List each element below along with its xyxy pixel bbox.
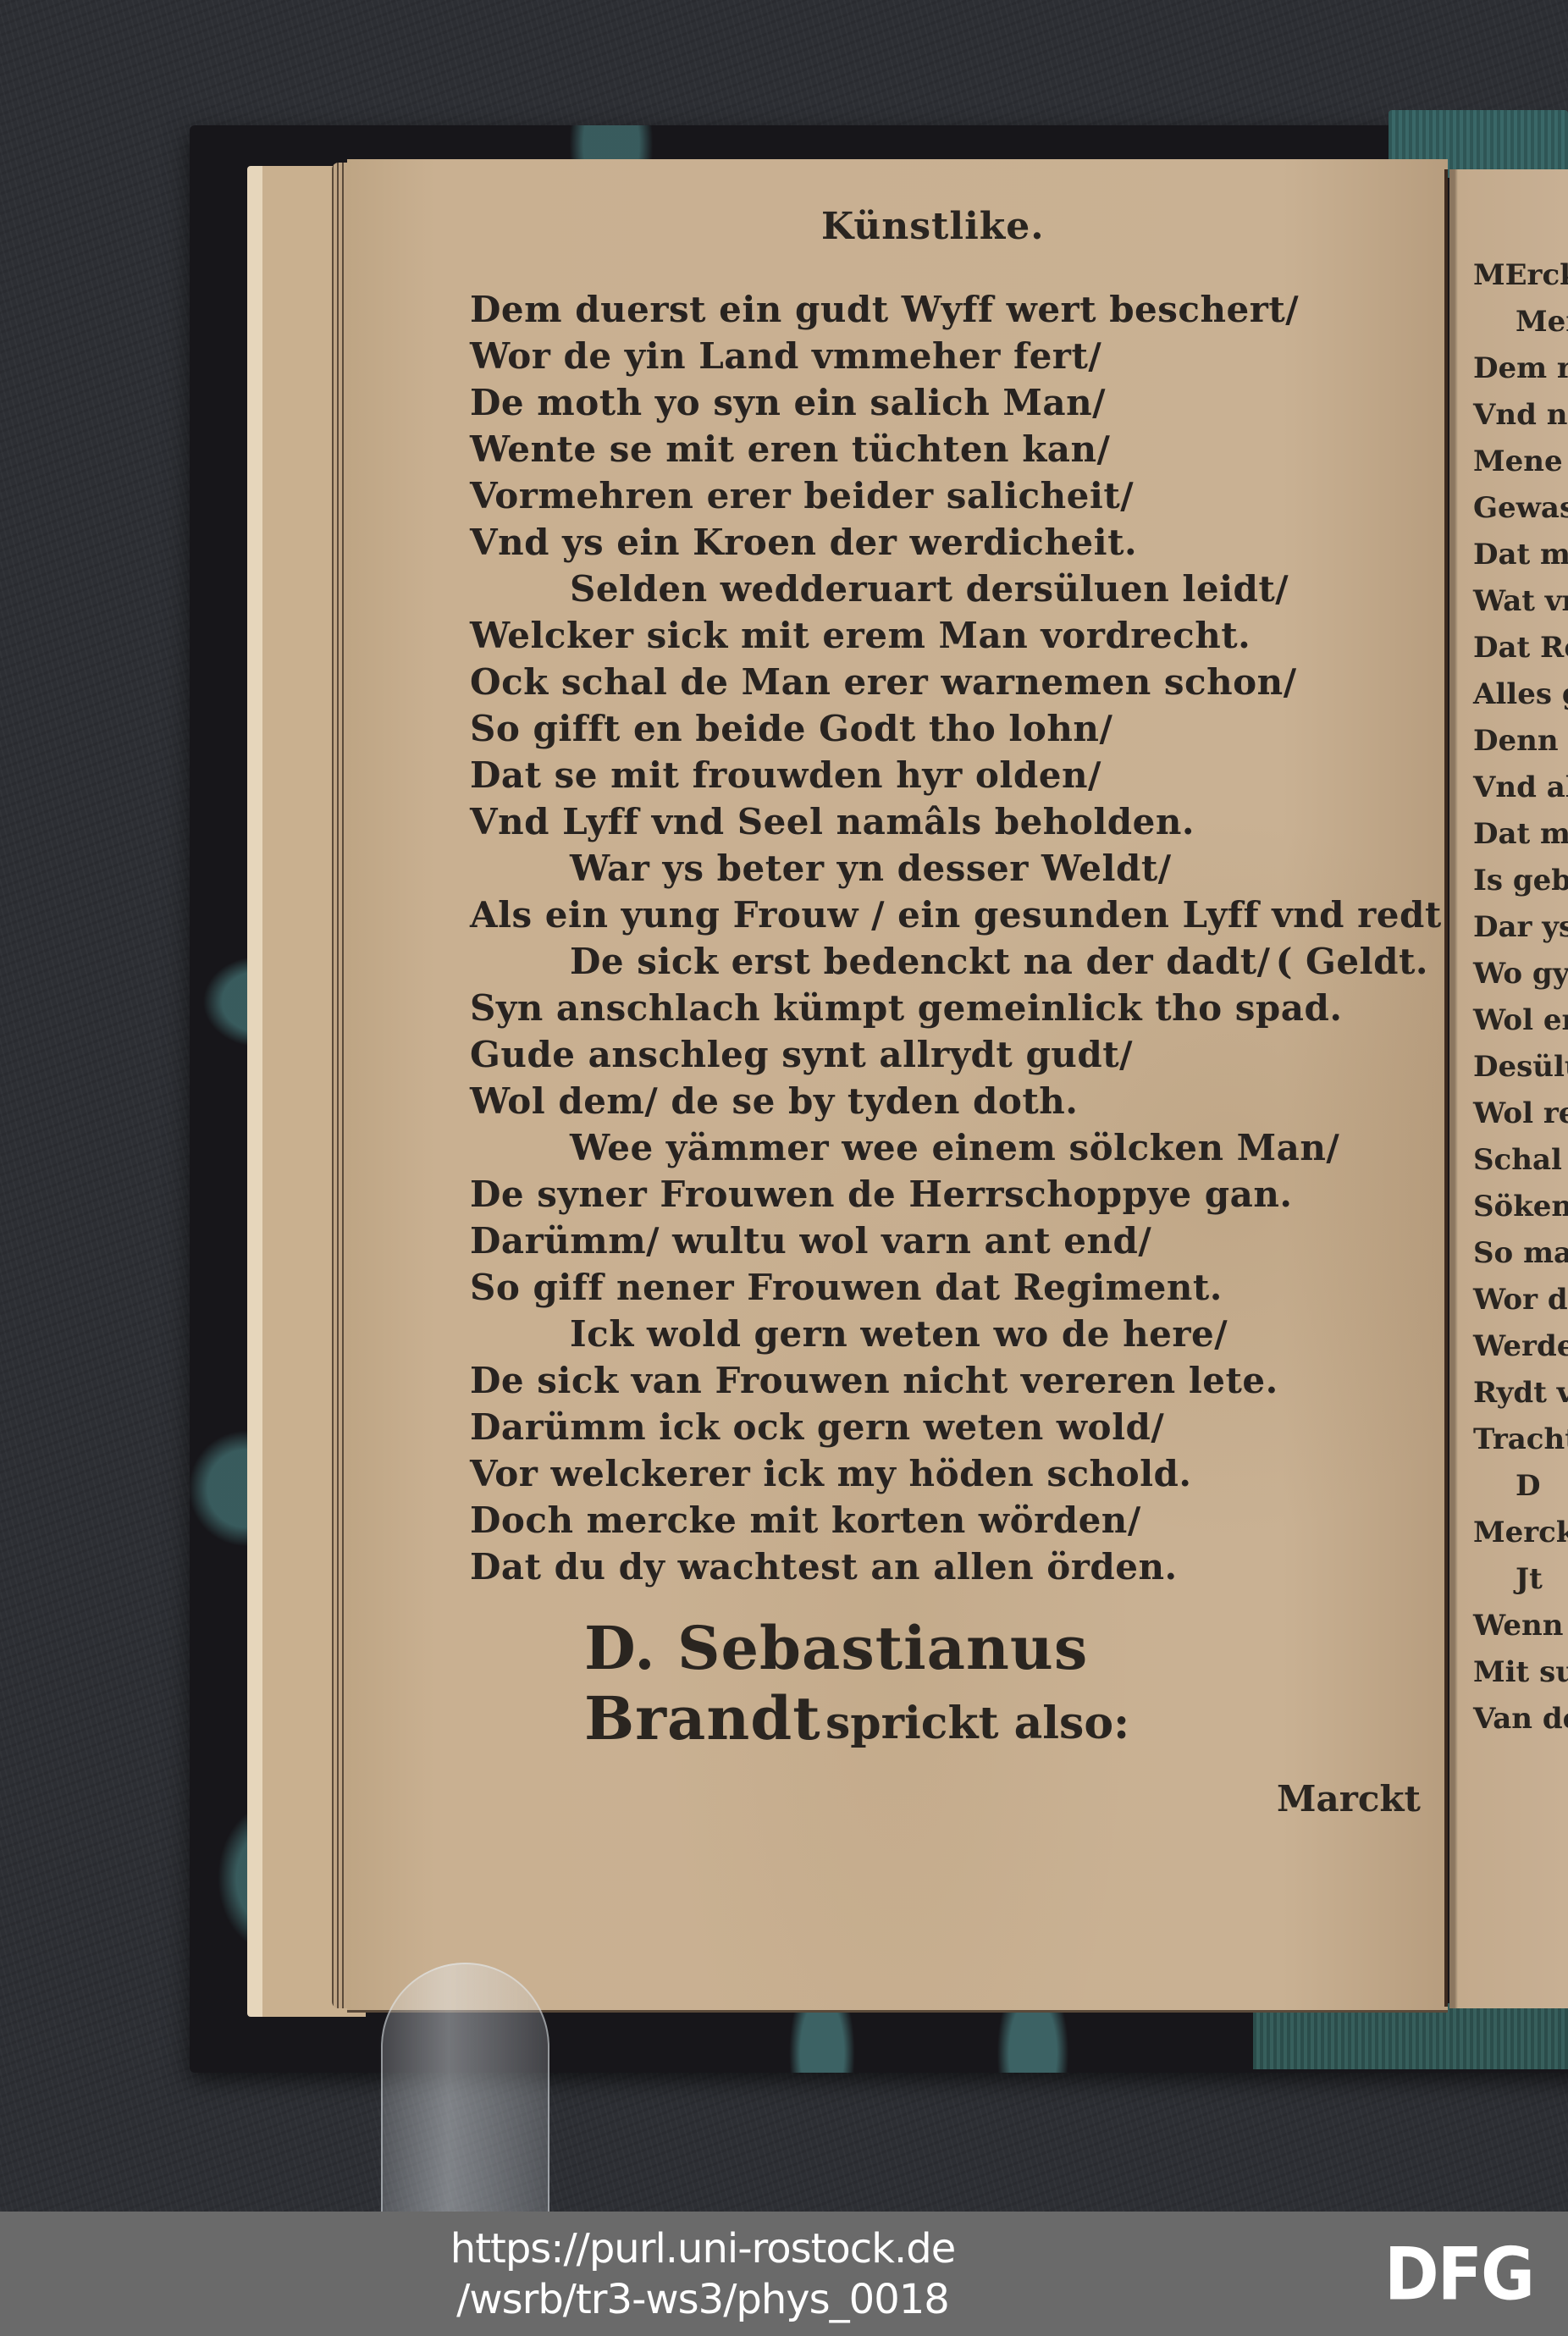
verse-line-text: Wol dem/ de se by tyden doth. [470,1080,1078,1122]
permalink-url-line2[interactable]: /wsrb/tr3-ws3/phys_0018 [415,2274,991,2325]
facing-page-line: So mach [1473,1230,1568,1277]
verse-line: Darümm ick ock gern weten wold/ [470,1404,1435,1450]
facing-page-line: Mene gy/ [1473,439,1568,485]
verse-line-text: Ick wold gern weten wo de here/ [570,1313,1228,1355]
facing-page-line: Söken rä [1473,1184,1568,1230]
facing-page-line: Werder [1473,1323,1568,1370]
verse-line: Welcker sick mit erem Man vordrecht. [470,612,1435,659]
verse-line: Ock schal de Man erer warnemen schon/ [470,659,1435,705]
footer-bar: https://purl.uni-rostock.de /wsrb/tr3-ws… [0,2212,1568,2336]
facing-page-line: Dem rechte [1473,345,1568,392]
verse-line-text: Darümm ick ock gern weten wold/ [470,1406,1164,1448]
verse-line: Gude anschleg synt allrydt gudt/ [470,1031,1435,1078]
verse-line: Vnd Lyff vnd Seel namâls beholden. [470,798,1435,845]
facing-page-line: Wat vnse [1473,578,1568,625]
verse-text-block: Dem duerst ein gudt Wyff wert beschert/W… [470,286,1435,1590]
facing-page-line: Mit sun [1473,1649,1568,1696]
verse-line-text: Gude anschleg synt allrydt gudt/ [470,1034,1133,1075]
facing-page-line: Wenn d [1473,1603,1568,1649]
verse-line: Wol dem/ de se by tyden doth. [470,1078,1435,1124]
permalink-url-line1[interactable]: https://purl.uni-rostock.de [415,2223,991,2274]
verse-line-text: So gifft en beide Godt tho lohn/ [470,708,1113,749]
verse-line: Dat du dy wachtest an allen örden. [470,1544,1435,1590]
verse-line: Wee yämmer wee einem sölcken Man/ [470,1124,1435,1171]
facing-page-line: Gewassen [1473,485,1568,532]
catchword: Marckt [1277,1778,1421,1820]
verse-line-text: Dat se mit frouwden hyr olden/ [470,754,1101,796]
facing-page-line: Dat Recht [1473,625,1568,671]
facing-page-line: Is gebleu [1473,858,1568,904]
verse-line-text: Wor de yin Land vmmeher fert/ [470,335,1101,377]
facing-page-line: Vnd alle R [1473,765,1568,811]
verse-line-text: Doch mercke mit korten wörden/ [470,1499,1141,1541]
verse-line-text: Vormehren erer beider salicheit/ [470,475,1134,516]
running-head: Künstlike. [821,205,1041,248]
verse-line-text: Vnd ys ein Kroen der werdicheit. [470,522,1137,563]
verse-line-text: So giff nener Frouwen dat Regiment. [470,1267,1223,1308]
verse-line-text: De syner Frouwen de Herrschoppye gan. [470,1174,1292,1215]
facing-page-line: Alles gese [1473,671,1568,718]
verse-line-text: Selden wedderuart dersüluen leidt/ [570,568,1289,610]
verse-line-text: Vnd Lyff vnd Seel namâls beholden. [470,801,1195,842]
facing-page-line: Schal sic [1473,1137,1568,1184]
facing-page-line: D [1473,1463,1568,1510]
author-subheading: sprickt also: [825,1698,1129,1749]
verse-line-text: Welcker sick mit erem Man vordrecht. [470,615,1251,656]
verse-line-text: Als ein yung Frouw / ein gesunden Lyff v… [470,894,1442,936]
verse-line-text: De moth yo syn ein salich Man/ [470,382,1106,423]
verse-line: De moth yo syn ein salich Man/ [470,379,1435,426]
plastic-page-holder [381,1963,549,2220]
verse-line: Selden wedderuart dersüluen leidt/ [470,566,1435,612]
facing-page-line: Dat men m [1473,811,1568,858]
facing-page-line: Jt [1473,1556,1568,1603]
dfg-logo-icon: DFG [1384,2234,1533,2317]
verse-line-text: Dem duerst ein gudt Wyff wert beschert/ [470,289,1299,330]
facing-page-line: Dat men o [1473,532,1568,578]
gutter [1444,169,1448,2007]
verse-line: Dat se mit frouwden hyr olden/ [470,752,1435,798]
verse-line-text: Dat du dy wachtest an allen örden. [470,1546,1178,1588]
verse-line: Ick wold gern weten wo de here/ [470,1311,1435,1357]
facing-page-line: Desülue [1473,1044,1568,1091]
verse-line-text: War ys beter yn desser Weldt/ [570,848,1172,889]
verse-line: So giff nener Frouwen dat Regiment. [470,1264,1435,1311]
verse-line: Dem duerst ein gudt Wyff wert beschert/ [470,286,1435,333]
verse-line-text: Darümm/ wultu wol varn ant end/ [470,1220,1151,1262]
verse-line: Vor welckerer ick my höden schold. [470,1450,1435,1497]
verse-line: Vormehren erer beider salicheit/ [470,472,1435,519]
facing-page-line: Tracht [1473,1417,1568,1463]
verse-line: Vnd ys ein Kroen der werdicheit. [470,519,1435,566]
verse-line: Darümm/ wultu wol varn ant end/ [470,1218,1435,1264]
marginal-note: ( Geldt. [1276,938,1428,985]
permalink-url[interactable]: https://purl.uni-rostock.de /wsrb/tr3-ws… [415,2223,991,2325]
verse-line-text: Wente se mit eren tüchten kan/ [470,428,1110,470]
verse-line: De sick erst bedenckt na der dadt/( Geld… [470,938,1435,985]
facing-page-text: MErcktMenneDem rechteVnd nichtMene gy/Ge… [1473,252,1568,1742]
verse-line-text: Vor welckerer ick my höden schold. [470,1453,1192,1494]
verse-line-text: Wee yämmer wee einem sölcken Man/ [570,1127,1339,1168]
book-page-recto-partial: MErcktMenneDem rechteVnd nichtMene gy/Ge… [1449,169,1568,2008]
facing-page-line: Wor du [1473,1277,1568,1323]
facing-page-line: Menne [1473,299,1568,345]
verse-line-text: Syn anschlach kümpt gemeinlick tho spad. [470,987,1343,1029]
verse-line-text: De sick erst bedenckt na der dadt/ [570,941,1271,982]
verse-line: Doch mercke mit korten wörden/ [470,1497,1435,1544]
facing-page-line: Rydt v [1473,1370,1568,1417]
verse-line-text: Ock schal de Man erer warnemen schon/ [470,661,1297,703]
facing-page-line: Van des [1473,1696,1568,1742]
book-spine-cloth-bottom [1253,2003,1568,2069]
facing-page-line: Vnd nicht [1473,392,1568,439]
verse-line: De sick van Frouwen nicht vereren lete. [470,1357,1435,1404]
verse-line: Als ein yung Frouw / ein gesunden Lyff v… [470,892,1435,938]
verse-line: Wente se mit eren tüchten kan/ [470,426,1435,472]
verse-line: So gifft en beide Godt tho lohn/ [470,705,1435,752]
facing-page-line: Dar ys ei [1473,904,1568,951]
facing-page-line: Wo gy ju [1473,951,1568,997]
verse-line: Wor de yin Land vmmeher fert/ [470,333,1435,379]
facing-page-line: MErckt [1473,252,1568,299]
verse-line: Syn anschlach kümpt gemeinlick tho spad. [470,985,1435,1031]
facing-page-line: Mercke [1473,1510,1568,1556]
facing-page-line: Wol rech [1473,1091,1568,1137]
verse-line-text: De sick van Frouwen nicht vereren lete. [470,1360,1278,1401]
facing-page-line: Wol eng [1473,997,1568,1044]
facing-page-line: Denn den [1473,718,1568,765]
verse-line: War ys beter yn desser Weldt/ [470,845,1435,892]
verse-line: De syner Frouwen de Herrschoppye gan. [470,1171,1435,1218]
